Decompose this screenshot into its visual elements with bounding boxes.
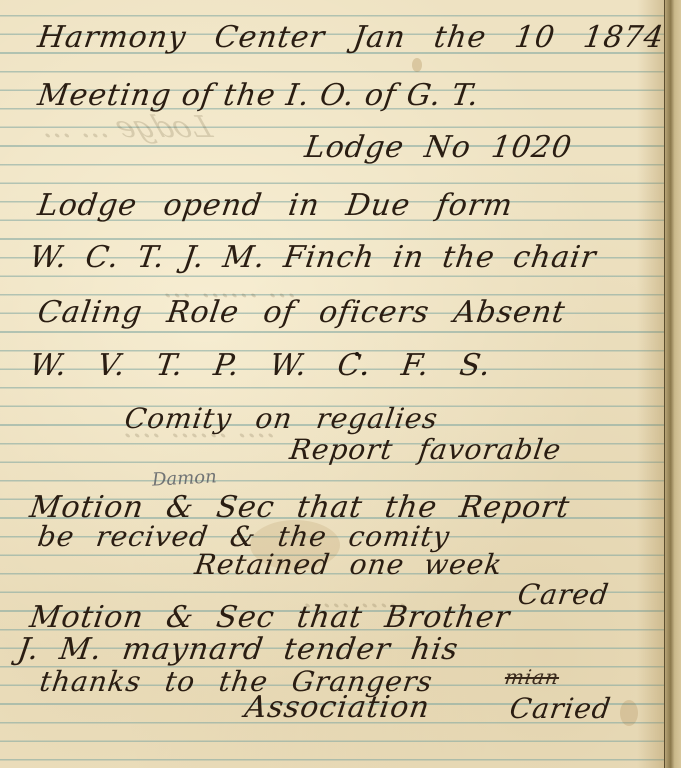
chair-line: W. C. T. J. M. Finch in the chair — [28, 240, 599, 275]
association-line: Association — [243, 690, 433, 725]
lodge-opened-line: Lodge opend in Due form — [36, 188, 516, 223]
report-line: Report favorable — [288, 433, 564, 466]
lodge-number: Lodge No 1020 — [303, 130, 575, 165]
binding-shadow — [637, 0, 665, 768]
ink-blot — [362, 372, 365, 375]
carried-mark-1: Cared — [516, 578, 612, 611]
date-line: Harmony Center Jan the 10 1874 — [36, 20, 667, 55]
roll-call-line: Caling Role of oficers Absent — [36, 295, 568, 330]
binding-gutter — [664, 0, 681, 768]
absent-officers-line: W. V. T. P. W. C. F. S. — [28, 348, 494, 383]
meeting-heading: Meeting of the I. O. of G. T. — [36, 78, 482, 113]
ink-blot — [355, 352, 359, 356]
committee-line: Comity on regalies — [123, 402, 441, 435]
bleed-through-text: Lodge ... ... — [34, 110, 217, 145]
carried-mark-2: Caried — [508, 692, 614, 725]
motion-line-2: Motion & Sec that Brother — [28, 600, 513, 635]
struck-word: mian — [503, 665, 561, 689]
retained-line: Retained one week — [193, 548, 505, 581]
ink-stain — [412, 58, 422, 72]
maynard-line: J. M. maynard tender his — [16, 632, 461, 667]
pencil-annotation: Damon — [151, 466, 217, 490]
ledger-page: Lodge ... ... ... ...... ... .... ......… — [0, 0, 681, 768]
age-stain — [620, 700, 638, 726]
